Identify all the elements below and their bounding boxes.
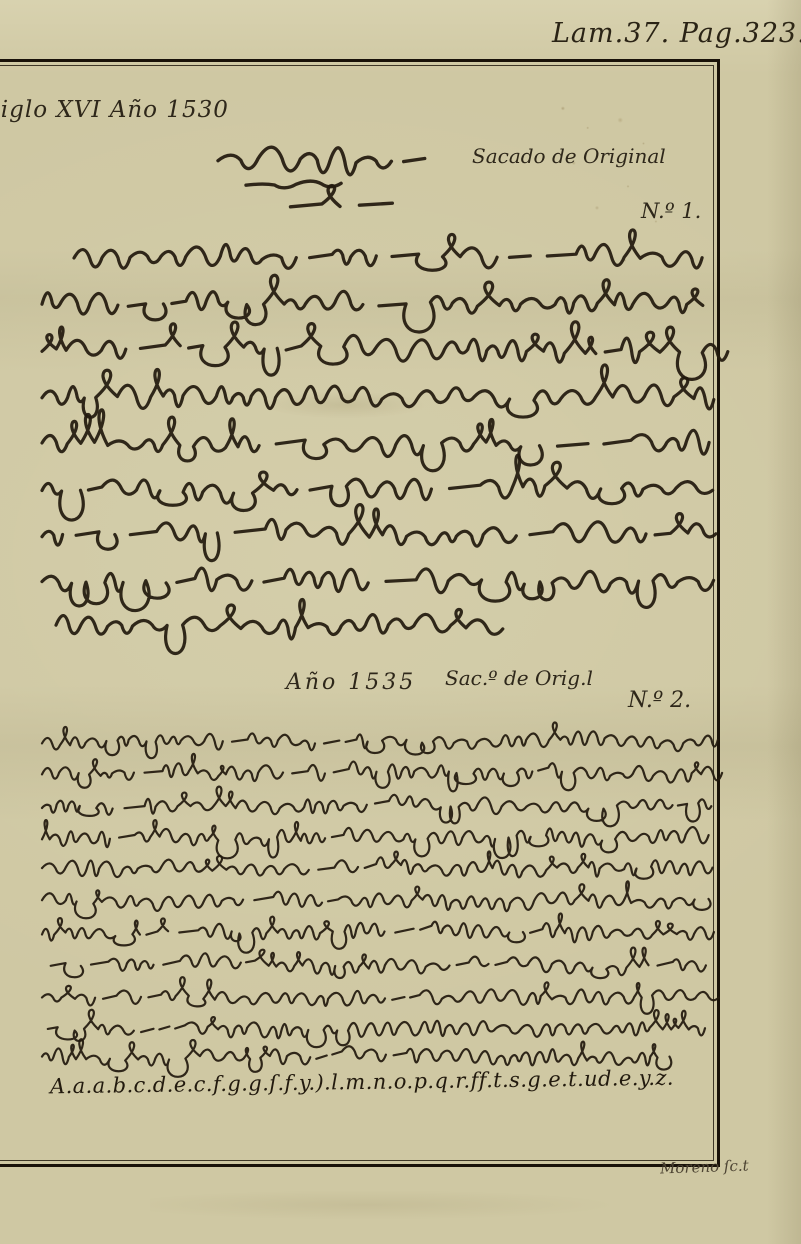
manuscript-doc1-line xyxy=(42,365,714,417)
manuscript-doc2-line xyxy=(42,851,712,878)
manuscript-doc2-line xyxy=(42,754,722,792)
manuscript-svg xyxy=(0,0,801,1244)
doc2-number-label: N.º 2. xyxy=(628,688,691,713)
manuscript-doc2-line xyxy=(48,1010,705,1047)
manuscript-doc1-line xyxy=(42,275,703,332)
source-label: Sacado de Original xyxy=(472,144,666,168)
facsimile-plate-page: { "page": { "header_plate_ref": "Lam.37.… xyxy=(0,0,801,1244)
engraver-credit: Moreno ſc.t xyxy=(660,1156,749,1177)
heading-flourish-line xyxy=(246,181,341,188)
manuscript-doc2-line xyxy=(42,977,719,1014)
manuscript-doc2-line xyxy=(42,787,711,827)
doc2-source-label: Sac.º de Orig.l xyxy=(445,666,593,690)
manuscript-doc2-line xyxy=(42,881,711,918)
manuscript-doc1-line xyxy=(42,410,709,471)
heading-flourish-line xyxy=(218,147,425,175)
doc2-year-label: Año 1535 xyxy=(286,670,416,695)
heading-flourish-line xyxy=(291,186,393,207)
manuscript-doc1-line xyxy=(42,505,716,561)
doc1-number-label: N.º 1. xyxy=(641,199,701,223)
plate-reference: Lam.37. Pag.323. xyxy=(552,18,801,49)
manuscript-doc2-line xyxy=(51,948,706,979)
manuscript-doc2-line xyxy=(42,913,714,952)
manuscript-doc1-line xyxy=(74,230,702,270)
manuscript-doc1-line xyxy=(42,568,714,610)
manuscript-doc2-line xyxy=(42,723,718,759)
manuscript-doc1-line xyxy=(56,600,503,654)
manuscript-doc1-line xyxy=(42,322,728,380)
era-label: Siglo XVI Año 1530 xyxy=(0,97,229,123)
